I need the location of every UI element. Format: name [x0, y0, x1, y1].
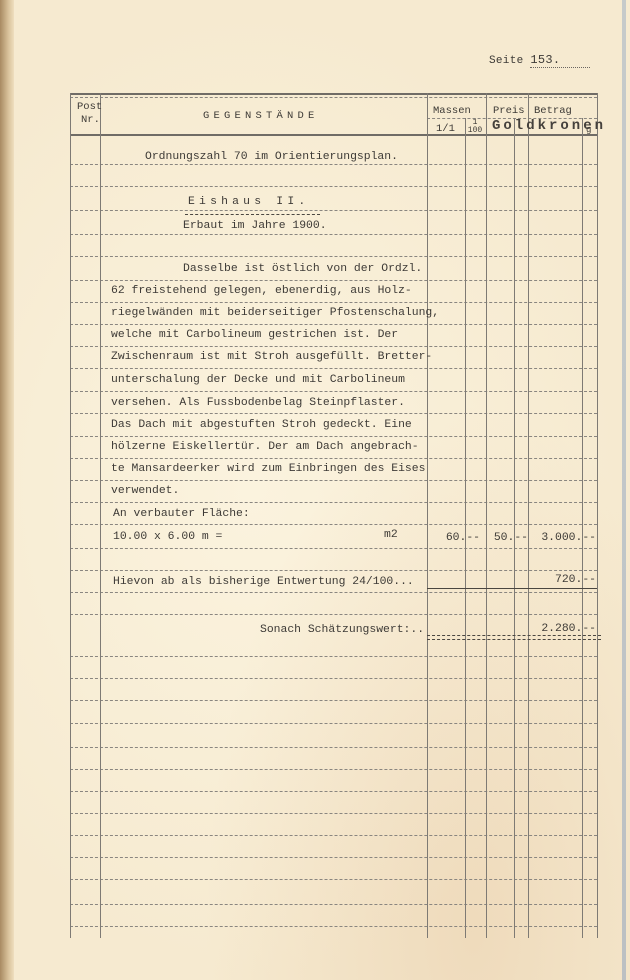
- row-line: [70, 346, 597, 347]
- header-bottom-border: [70, 134, 597, 136]
- row-line: [70, 524, 597, 525]
- row-line: [70, 857, 597, 858]
- row-line: [70, 186, 597, 187]
- row-line: [70, 502, 597, 503]
- description-line: versehen. Als Fussbodenbelag Steinpflast…: [111, 396, 405, 410]
- description-line: welche mit Carbolineum gestrichen ist. D…: [111, 328, 398, 342]
- header-massen-whole: 1/1: [436, 122, 455, 136]
- area-unit: m2: [384, 528, 398, 542]
- row-line: [70, 324, 597, 325]
- row-line: [70, 302, 597, 303]
- table-top-border: [70, 93, 597, 95]
- description-line: unterschalung der Decke und mit Carbolin…: [111, 373, 405, 387]
- row-line: [70, 413, 597, 414]
- table-right-border: [597, 93, 598, 938]
- page-number-value: 153.: [530, 53, 590, 68]
- depreciation-betrag-value: 720.--: [528, 573, 596, 587]
- description-line: hölzerne Eiskellertür. Der am Dach angeb…: [111, 440, 419, 454]
- table-top-border-inner: [70, 97, 597, 98]
- row-line: [70, 835, 597, 836]
- row-line: [70, 548, 597, 549]
- betrag-divider: [528, 93, 529, 938]
- row-line: [70, 436, 597, 437]
- preis-sub-divider: [514, 118, 515, 938]
- area-label: An verbauter Fläche:: [113, 507, 250, 521]
- subtraction-underline: [427, 588, 597, 589]
- row-line: [70, 769, 597, 770]
- betrag-sub-divider: [582, 118, 583, 938]
- document-page: [0, 0, 630, 980]
- page-label: Seite: [489, 55, 524, 67]
- description-line: Dasselbe ist östlich von der Ordzl.: [183, 262, 422, 276]
- total-double-underline: [427, 635, 601, 640]
- table-left-border: [70, 93, 71, 938]
- page-number: Seite 153.: [489, 53, 590, 68]
- row-line: [70, 700, 597, 701]
- row-line: [70, 926, 597, 927]
- book-binding-edge: [0, 0, 14, 980]
- header-massen: Massen: [433, 104, 471, 118]
- preis-divider: [486, 93, 487, 938]
- depreciation-label: Hievon ab als bisherige Entwertung 24/10…: [113, 575, 414, 589]
- row-line: [70, 904, 597, 905]
- row-line: [70, 614, 597, 615]
- currency-sub-label: g: [586, 123, 591, 137]
- header-betrag: Betrag: [534, 104, 572, 118]
- description-line: te Mansardeerker wird zum Einbringen des…: [111, 462, 425, 476]
- description-line: 62 freistehend gelegen, ebenerdig, aus H…: [111, 284, 412, 298]
- row-line: [70, 747, 597, 748]
- page-right-edge: [622, 0, 626, 980]
- header-preis: Preis: [493, 104, 525, 118]
- heading-ordnungszahl: Ordnungszahl 70 im Orientierungsplan.: [145, 150, 398, 164]
- area-massen-value: 60.--: [430, 531, 480, 545]
- row-line: [70, 368, 597, 369]
- area-formula: 10.00 x 6.00 m =: [113, 530, 222, 544]
- row-line: [70, 210, 597, 211]
- total-label: Sonach Schätzungswert:..: [260, 623, 424, 637]
- row-line: [70, 723, 597, 724]
- area-betrag-value: 3.000.--: [528, 531, 596, 545]
- row-line: [70, 256, 597, 257]
- area-preis-value: 50.--: [486, 531, 528, 545]
- description-line: Zwischenraum ist mit Stroh ausgefüllt. B…: [111, 350, 432, 364]
- header-massen-fraction: 1 100: [466, 119, 484, 135]
- row-line: [70, 791, 597, 792]
- building-title: Eishaus II.: [188, 195, 309, 209]
- row-line: [70, 678, 597, 679]
- row-line: [70, 480, 597, 481]
- row-line: [70, 164, 597, 165]
- row-line: [70, 234, 597, 235]
- header-post: Post: [77, 100, 102, 114]
- row-line: [70, 458, 597, 459]
- description-line: verwendet.: [111, 484, 179, 498]
- row-line: [70, 592, 597, 593]
- row-line: [70, 570, 597, 571]
- header-gegenstaende: GEGENSTÄNDE: [203, 109, 319, 123]
- post-nr-divider: [100, 93, 101, 938]
- description-line: Das Dach mit abgestuften Stroh gedeckt. …: [111, 418, 412, 432]
- description-divider: [427, 93, 428, 938]
- row-line: [70, 813, 597, 814]
- description-line: riegelwänden mit beiderseitiger Pfostens…: [111, 306, 439, 320]
- row-line: [70, 391, 597, 392]
- building-subtitle: Erbaut im Jahre 1900.: [183, 219, 327, 233]
- massen-sub-divider: [465, 118, 466, 938]
- header-nr: Nr.: [81, 113, 100, 127]
- total-betrag-value: 2.280.--: [528, 622, 596, 636]
- row-line: [70, 879, 597, 880]
- title-underline: [185, 214, 320, 215]
- fraction-denominator: 100: [466, 127, 484, 135]
- row-line: [70, 280, 597, 281]
- row-line: [70, 656, 597, 657]
